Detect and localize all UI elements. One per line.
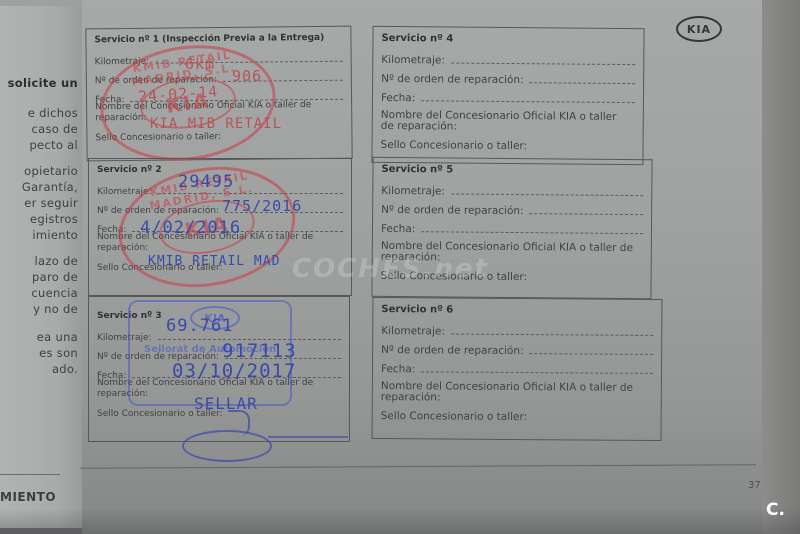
left-text-line: opietario	[24, 164, 78, 178]
handwritten-kilometraje: 69.761	[166, 316, 233, 336]
nombre-label: Nombre del Concesionario Oficial KIA o t…	[381, 110, 629, 134]
corner-badge: C.	[766, 500, 785, 520]
left-text-line: ado.	[52, 362, 78, 376]
sello-row: Sello Concesionario o taller:	[381, 132, 635, 153]
left-text-line: pecto al	[29, 138, 78, 152]
kilometraje-row: Kilometraje:	[381, 318, 653, 339]
left-text-line: cuencia	[31, 286, 78, 300]
page-top-edge	[0, 0, 82, 6]
left-text-line: es son	[39, 346, 78, 360]
left-text-line: imiento	[32, 228, 78, 242]
bottom-shadow	[0, 508, 800, 534]
left-text-line: Garantía,	[22, 180, 78, 194]
orden-label: Nº de orden de reparación:	[381, 204, 524, 217]
left-footer-rule	[0, 474, 60, 475]
handwritten-kilometraje: 29495	[178, 172, 234, 192]
handwritten-orden: 775/2016	[222, 197, 302, 215]
fecha-label: Fecha:	[381, 92, 415, 104]
handwritten-fecha: 4/02/2016	[140, 218, 241, 238]
sello-label: Sello Concesionario o taller:	[381, 410, 528, 423]
service-card-6: Servicio nº 6 Kilometraje: Nº de orden d…	[372, 297, 663, 441]
left-text-line: e dichos	[28, 106, 78, 120]
kilometraje-field[interactable]	[451, 62, 635, 66]
handwritten-nombre: KMIB RETAIL MAD	[148, 254, 280, 269]
service-card-4: Servicio nº 4 Kilometraje: Nº de orden d…	[371, 26, 644, 165]
fecha-field[interactable]	[421, 230, 643, 234]
kilometraje-label: Kilometraje:	[381, 54, 445, 67]
left-page: solicite un e dichos caso de pecto al op…	[0, 0, 84, 528]
handwritten-nombre: KIA MIB RETAIL	[150, 116, 282, 132]
handwritten-orden: 906	[232, 67, 262, 85]
kilometraje-field[interactable]	[451, 333, 653, 336]
kia-logo-icon: KIA	[676, 16, 722, 42]
service-title: Servicio nº 1 (Inspección Previa a la En…	[94, 33, 342, 46]
fecha-row: Fecha:	[381, 85, 635, 106]
signature	[182, 430, 272, 462]
nombre-row: Nombre del Concesionario Oficial KIA o t…	[381, 104, 635, 134]
orden-row: Nº de orden de reparación:	[381, 197, 643, 218]
fecha-row: Fecha:	[381, 216, 643, 237]
page-number: 37	[748, 480, 761, 491]
left-text-line: lazo de	[35, 254, 78, 268]
kilometraje-field[interactable]	[451, 192, 643, 196]
left-text-line: er seguir	[24, 196, 78, 210]
orden-field[interactable]	[530, 81, 636, 84]
kilometraje-label: Kilometraje:	[381, 185, 445, 198]
kilometraje-label: Kilometraje:	[381, 325, 445, 337]
nombre-row: Nombre del Concesionario Oficial KIA o t…	[381, 375, 653, 405]
fecha-row: Fecha:	[381, 356, 653, 377]
kilometraje-row: Kilometraje:	[381, 47, 635, 68]
handwritten-nombre: SELLAR	[194, 394, 258, 413]
orden-field[interactable]	[530, 352, 654, 355]
left-text-line: ea una	[37, 330, 78, 344]
left-text-line: paro de	[32, 270, 78, 284]
orden-row: Nº de orden de reparación:	[381, 66, 635, 87]
fecha-field[interactable]	[421, 99, 635, 103]
left-text-line: egistros	[30, 212, 78, 226]
fecha-label: Fecha:	[381, 223, 415, 235]
handwritten-orden: 917113	[222, 340, 297, 362]
nombre-label: Nombre del Concesionario Oficial KIA o t…	[381, 381, 647, 405]
left-text-line: y no de	[33, 302, 78, 316]
orden-field[interactable]	[530, 212, 644, 215]
fecha-field[interactable]	[421, 370, 653, 374]
left-heading-fragment: solicite un	[8, 76, 78, 90]
orden-label: Nº de orden de reparación:	[381, 344, 524, 357]
sello-label: Sello Concesionario o taller:	[381, 139, 528, 152]
page-edge-shadow	[762, 0, 800, 534]
handwritten-fecha: 03/10/2017	[172, 360, 296, 382]
orden-row: Nº de orden de reparación:	[381, 337, 653, 358]
sello-row: Sello Concesionario o taller:	[381, 403, 653, 424]
signature-tail	[268, 436, 348, 438]
fecha-label: Fecha:	[381, 363, 415, 375]
handwritten-kilometraje: 6km	[185, 55, 215, 73]
left-footer-section: MIENTO	[0, 490, 56, 504]
kilometraje-row: Kilometraje:	[381, 178, 643, 199]
service-title: Servicio nº 5	[381, 164, 643, 177]
watermark: COCHES.net	[292, 254, 489, 284]
service-title: Servicio nº 6	[381, 304, 653, 317]
orden-label: Nº de orden de reparación:	[381, 73, 524, 86]
service-title: Servicio nº 4	[381, 33, 635, 46]
left-text-line: caso de	[31, 122, 78, 136]
